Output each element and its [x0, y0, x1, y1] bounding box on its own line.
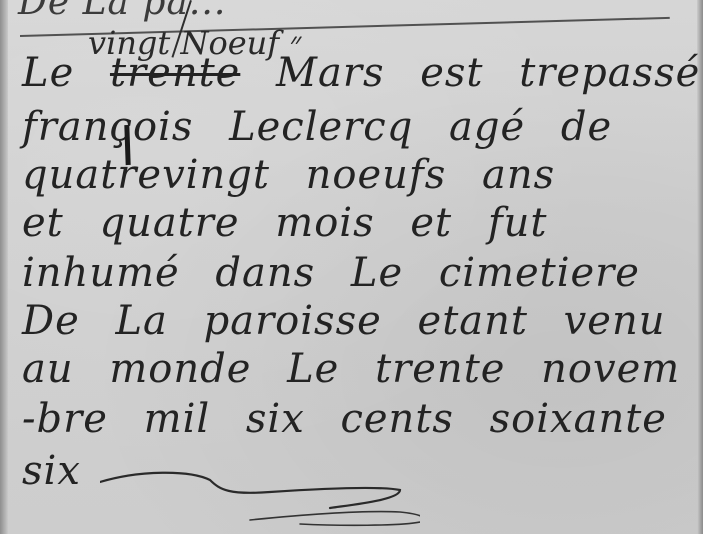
word: françois [22, 104, 193, 150]
word: ans [482, 152, 555, 198]
word: monde [109, 346, 251, 392]
closing-flourish [100, 460, 420, 530]
word: cimetiere [439, 250, 640, 296]
word: Le [351, 250, 403, 296]
word: inhumé [22, 250, 180, 296]
word: trepassé [519, 50, 700, 96]
word: six [246, 396, 305, 442]
manuscript-line-6: De La paroisse etant venu [22, 298, 687, 344]
word: mois [275, 200, 374, 246]
word: de [561, 104, 612, 150]
word: Leclercq [229, 104, 413, 150]
word: etant [418, 298, 528, 344]
word: est [420, 50, 483, 96]
word: trente [375, 346, 505, 392]
manuscript-line-2: françois Leclercq agé de [22, 104, 634, 150]
previous-entry-fragment: De La pa... [18, 0, 226, 23]
word: La [115, 298, 167, 344]
word: et [22, 200, 64, 246]
manuscript-page: De La pa... vingt Noeuf ״ Le trente Mars… [0, 0, 703, 534]
manuscript-line-5: inhumé dans Le cimetiere [22, 250, 662, 296]
word: dans [215, 250, 315, 296]
manuscript-line-1: Le trente Mars est trepassé [22, 50, 703, 96]
struck-word: trente [110, 50, 240, 96]
word: mil [144, 396, 211, 442]
manuscript-line-7: au monde Le trente novem [22, 346, 702, 392]
word: Le [22, 50, 74, 96]
word: De [22, 298, 80, 344]
word: Mars [276, 50, 384, 96]
word: quatre [99, 200, 239, 246]
word: fut [488, 200, 548, 246]
word: noeufs [306, 152, 447, 198]
word: -bre [22, 396, 108, 442]
word: cents [340, 396, 453, 442]
manuscript-line-3: quatrevingt noeufs ans [22, 152, 577, 198]
manuscript-line-9: six [22, 448, 103, 494]
word: six [22, 448, 81, 494]
word: venu [564, 298, 666, 344]
word: paroisse [204, 298, 382, 344]
word: Le [287, 346, 339, 392]
page-left-edge [0, 0, 8, 534]
word: au [22, 346, 74, 392]
word: agé [449, 104, 525, 150]
word: quatrevingt [22, 152, 270, 198]
word: soixante [490, 396, 667, 442]
manuscript-line-4: et quatre mois et fut [22, 200, 569, 246]
fragment-text: De La pa... [18, 0, 226, 23]
manuscript-line-8: -bre mil six cents soixante [22, 396, 689, 442]
word: et [410, 200, 452, 246]
word: novem [541, 346, 680, 392]
